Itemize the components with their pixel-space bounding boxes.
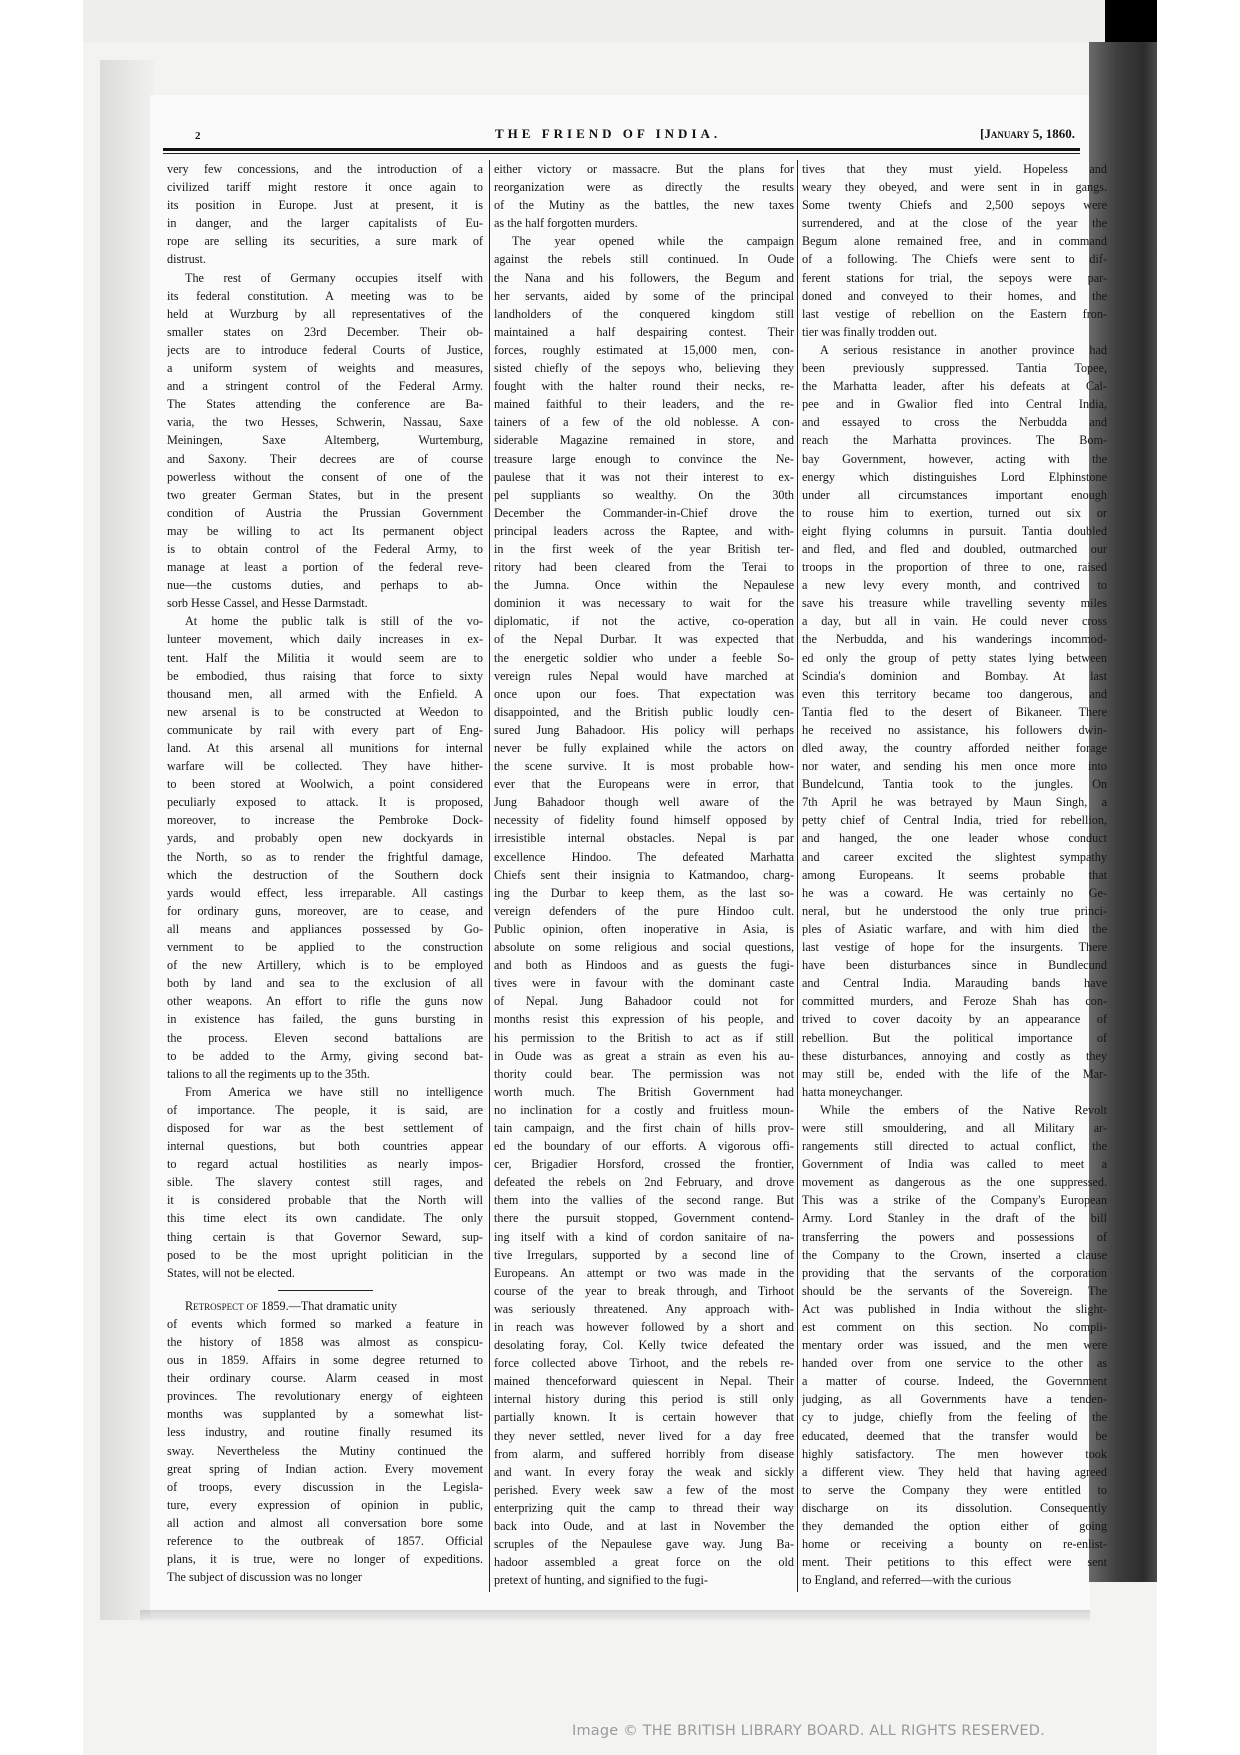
text-line: siderable Magazine remained in store, an… <box>494 431 794 449</box>
text-line: maintained a half despairing contest. Th… <box>494 323 794 341</box>
text-line: to England, and referred—with the curiou… <box>802 1571 1107 1589</box>
text-line: even this territory became too dangerous… <box>802 685 1107 703</box>
text-line: the Nana and his followers, the Begum an… <box>494 269 794 287</box>
text-line: dled away, the country afforded neither … <box>802 739 1107 757</box>
text-line: never be fully explained while the actor… <box>494 739 794 757</box>
text-line: ferent stations for trial, the sepoys we… <box>802 269 1107 287</box>
text-line: ed only the group of petty states lying … <box>802 649 1107 667</box>
retrospect-first-line: Retrospect of 1859.—That dramatic unity <box>167 1297 483 1315</box>
text-line: moreover, to increase the Pembroke Dock- <box>167 811 483 829</box>
text-line: Meiningen, Saxe Altemberg, Wurtemburg, <box>167 431 483 449</box>
text-line: highly satisfactory. The men however too… <box>802 1445 1107 1463</box>
text-line: he received no assistance, his followers… <box>802 721 1107 739</box>
text-line: and hanged, the one leader whose conduct <box>802 829 1107 847</box>
text-line: he was a coward. He was certainly no Ge- <box>802 884 1107 902</box>
text-line: movement as dangerous as the one suppres… <box>802 1173 1107 1191</box>
text-line: treasure large enough to convince the Ne… <box>494 450 794 468</box>
text-line: the Marhatta leader, after his defeats a… <box>802 377 1107 395</box>
text-line: a matter of course. Indeed, the Governme… <box>802 1372 1107 1390</box>
text-line: the Company to the Crown, inserted a cla… <box>802 1246 1107 1264</box>
text-line: reorganization were as directly the resu… <box>494 178 794 196</box>
text-line: ples of Asiatic warfare, and with him di… <box>802 920 1107 938</box>
text-line: lunteer movement, which daily increases … <box>167 630 483 648</box>
text-line: and Central India. Marauding bands have <box>802 974 1107 992</box>
text-line: At home the public talk is still of the … <box>167 612 483 630</box>
text-line: tier was finally trodden out. <box>802 323 1107 341</box>
text-line: While the embers of the Native Revolt <box>802 1101 1107 1119</box>
text-line: The States attending the conference are … <box>167 395 483 413</box>
text-line: other weapons. An effort to rifle the gu… <box>167 992 483 1010</box>
text-line: forces, roughly estimated at 15,000 men,… <box>494 341 794 359</box>
text-line: of importance. The people, it is said, a… <box>167 1101 483 1119</box>
text-line: manage at least a portion of the federal… <box>167 558 483 576</box>
text-line: ing itself with a kind of cordon sanitai… <box>494 1228 794 1246</box>
text-line: under all circumstances important enough <box>802 486 1107 504</box>
text-line: yards would effect, less irreparable. Al… <box>167 884 483 902</box>
text-line: scruples of the Nepaulese gave way. Jung… <box>494 1535 794 1553</box>
text-line: it is considered probable that the North… <box>167 1191 483 1209</box>
scan-top-margin <box>83 0 1105 42</box>
text-line: A serious resistance in another province… <box>802 341 1107 359</box>
text-line: to serve the Company they were entitled … <box>802 1481 1107 1499</box>
text-line: their ordinary course. Alarm ceased in m… <box>167 1369 483 1387</box>
text-line: home or receiving a bounty on re-enlist- <box>802 1535 1107 1553</box>
text-line: diplomatic, if not the active, co-operat… <box>494 612 794 630</box>
text-line: months resist this expression of his peo… <box>494 1010 794 1028</box>
text-line: trived to cover dacoity by an appearance… <box>802 1010 1107 1028</box>
section-separator <box>278 1290 373 1291</box>
text-line: internal questions, but both countries a… <box>167 1137 483 1155</box>
text-line: these disturbances, annoying and costly … <box>802 1047 1107 1065</box>
text-line: months was supplanted by a somewhat list… <box>167 1405 483 1423</box>
text-line: tain campaign, and the first chain of hi… <box>494 1119 794 1137</box>
text-line: warfare will be collected. They have hit… <box>167 757 483 775</box>
text-line: and want. In every foray the weak and si… <box>494 1463 794 1481</box>
text-line: Act was published in India without the s… <box>802 1300 1107 1318</box>
text-line: land. At this arsenal all munitions for … <box>167 739 483 757</box>
text-line: in existence has failed, the guns bursti… <box>167 1010 483 1028</box>
text-line: varia, the two Hesses, Schwerin, Nassau,… <box>167 413 483 431</box>
text-line: there the pursuit stopped, Government co… <box>494 1209 794 1227</box>
text-line: excellence Hindoo. The defeated Marhatta <box>494 848 794 866</box>
text-line: vereign defenders of the pure Hindoo cul… <box>494 902 794 920</box>
text-line: sorb Hesse Cassel, and Hesse Darmstadt. <box>167 594 483 612</box>
text-line: reference to the outbreak of 1857. Offic… <box>167 1532 483 1550</box>
text-line: ment. Their petitions to this effect wer… <box>802 1553 1107 1571</box>
text-line: rebellion. But the political importance … <box>802 1029 1107 1047</box>
text-line: force collected above Tirhoot, and the r… <box>494 1354 794 1372</box>
text-line: been previously suppressed. Tantia Topee… <box>802 359 1107 377</box>
text-line: ous in 1859. Affairs in some degree retu… <box>167 1351 483 1369</box>
page-bottom-stain <box>140 1610 1090 1622</box>
text-line: absolute on some religious and social qu… <box>494 938 794 956</box>
text-line: two greater German States, but in the pr… <box>167 486 483 504</box>
text-line: cer, Brigadier Horsford, crossed the fro… <box>494 1155 794 1173</box>
text-line: transferring the powers and possessions … <box>802 1228 1107 1246</box>
text-line: and Saxony. Their decrees are of course <box>167 450 483 468</box>
text-line: them into the vallies of the second rang… <box>494 1191 794 1209</box>
text-line: the scene survive. It is most probable h… <box>494 757 794 775</box>
text-line: Tantia fled to the desert of Bikaneer. T… <box>802 703 1107 721</box>
article-column-1: very few concessions, and the introducti… <box>167 160 483 1586</box>
text-line: as the half forgotten murders. <box>494 214 794 232</box>
text-line: pee and in Gwalior fled into Central Ind… <box>802 395 1107 413</box>
text-line: all action and almost all conversation b… <box>167 1514 483 1532</box>
text-line: mained faithful to their leaders, and th… <box>494 395 794 413</box>
text-line: either victory or massacre. But the plan… <box>494 160 794 178</box>
text-fragment: —That dramatic unity <box>289 1299 397 1313</box>
text-line: ever that the Europeans were in error, t… <box>494 775 794 793</box>
text-line: less industry, and routine finally resum… <box>167 1423 483 1441</box>
text-line: This was a strike of the Company's Europ… <box>802 1191 1107 1209</box>
text-line: reach the Marhatta provinces. The Bom- <box>802 431 1107 449</box>
text-line: should be the servants of the Sovereign.… <box>802 1282 1107 1300</box>
text-line: of the Mutiny as the battles, the new ta… <box>494 196 794 214</box>
text-line: may be willing to act Its permanent obje… <box>167 522 483 540</box>
text-line: distrust. <box>167 250 483 268</box>
text-line: in reach was however followed by a short… <box>494 1318 794 1336</box>
text-line: the Jumna. Once within the Nepaulese <box>494 576 794 594</box>
text-line: his permission to the British to act as … <box>494 1029 794 1047</box>
text-line: mentary order was issued, and the men we… <box>802 1336 1107 1354</box>
text-line: mained thenceforward quiescent in Nepal.… <box>494 1372 794 1390</box>
text-line: surrendered, and at the close of the yea… <box>802 214 1107 232</box>
text-line: its federal constitution. A meeting was … <box>167 287 483 305</box>
text-line: the process. Eleven second battalions ar… <box>167 1029 483 1047</box>
text-line: doned and conveyed to their homes, and t… <box>802 287 1107 305</box>
text-line: very few concessions, and the introducti… <box>167 160 483 178</box>
article-column-3: tives that they must yield. Hopeless and… <box>802 160 1107 1589</box>
text-line: handed over from one service to the othe… <box>802 1354 1107 1372</box>
text-line: is to obtain control of the Federal Army… <box>167 540 483 558</box>
text-line: sisted chiefly of the sepoys who, believ… <box>494 359 794 377</box>
text-line: new arsenal is to be constructed at Weed… <box>167 703 483 721</box>
text-line: were still smouldering, and all Military… <box>802 1119 1107 1137</box>
text-line: cy to judge, chiefly from the feeling of… <box>802 1408 1107 1426</box>
page-number: 2 <box>195 130 201 142</box>
text-line: est comment on this section. No compli- <box>802 1318 1107 1336</box>
text-line: From America we have still no intelligen… <box>167 1083 483 1101</box>
text-line: to been stored at Woolwich, a point cons… <box>167 775 483 793</box>
text-line: to be added to the Army, giving second b… <box>167 1047 483 1065</box>
text-line: weary they obeyed, and were sent in in g… <box>802 178 1107 196</box>
text-line: last vestige of hope for the insurgents.… <box>802 938 1107 956</box>
page-left-fold-shadow <box>100 60 155 1620</box>
text-line: of events which formed so marked a featu… <box>167 1315 483 1333</box>
text-line: Chiefs sent their insignia to Katmandoo,… <box>494 866 794 884</box>
text-line: communicate by rail with every part of E… <box>167 721 483 739</box>
text-line: States, will not be elected. <box>167 1264 483 1282</box>
text-line: necessity of fidelity found himself oppo… <box>494 811 794 829</box>
text-line: to regard actual hostilities as nearly i… <box>167 1155 483 1173</box>
text-line: the energetic soldier who under a feeble… <box>494 649 794 667</box>
text-line: both by land and sea to the exclusion of… <box>167 974 483 992</box>
text-line: thority could bear. The permission was n… <box>494 1065 794 1083</box>
text-line: a uniform system of weights and measures… <box>167 359 483 377</box>
text-line: December the Commander-in-Chief drove th… <box>494 504 794 522</box>
text-line: for ordinary guns, moreover, are to ceas… <box>167 902 483 920</box>
text-line: sured Jung Bahadoor. His policy will per… <box>494 721 794 739</box>
text-line: Bundelcund, Tantia took to the jungles. … <box>802 775 1107 793</box>
text-line: Europeans. An attempt or two was made in… <box>494 1264 794 1282</box>
text-line: ture, every expression of opinion in pub… <box>167 1496 483 1514</box>
text-line: great spring of Indian action. Every mov… <box>167 1460 483 1478</box>
text-line: plans, it is true, were no longer of exp… <box>167 1550 483 1568</box>
text-line: tives were in favour with the dominant c… <box>494 974 794 992</box>
text-line: be embodied, thus raising that force to … <box>167 667 483 685</box>
text-line: perished. Every week saw a few of the mo… <box>494 1481 794 1499</box>
text-line: Government of India was called to meet a <box>802 1155 1107 1173</box>
text-line: which the destruction of the Southern do… <box>167 866 483 884</box>
text-line: neral, but he understood the only true p… <box>802 902 1107 920</box>
text-line: last vestige of rebellion on the Eastern… <box>802 305 1107 323</box>
text-line: the Nerbudda, and his wanderings incommo… <box>802 630 1107 648</box>
text-line: tive Irregulars, supported by a second l… <box>494 1246 794 1264</box>
text-line: irresistible internal obstacles. Nepal i… <box>494 829 794 847</box>
text-line: eight flying columns in pursuit. Tantia … <box>802 522 1107 540</box>
text-line: all means and appliances possessed by Go… <box>167 920 483 938</box>
text-line: committed murders, and Feroze Shah has c… <box>802 992 1107 1010</box>
text-line: discharge on its dissolution. Consequent… <box>802 1499 1107 1517</box>
text-line: a different view. They held that having … <box>802 1463 1107 1481</box>
header-rule-thin <box>163 153 1080 154</box>
page-header: 2 THE FRIEND OF INDIA. [January 5, 1860. <box>165 126 1075 146</box>
text-line: Some twenty Chiefs and 2,500 sepoys were <box>802 196 1107 214</box>
text-line: this time elect its own candidate. The o… <box>167 1209 483 1227</box>
text-line: provinces. The revolutionary energy of e… <box>167 1387 483 1405</box>
text-line: Army. Lord Stanley in the draft of the b… <box>802 1209 1107 1227</box>
text-line: paulese that it was not their interest t… <box>494 468 794 486</box>
text-line: dominion it was necessary to wait for th… <box>494 594 794 612</box>
text-line: internal history during this period is s… <box>494 1390 794 1408</box>
text-line: fought with the halter round their necks… <box>494 377 794 395</box>
text-line: judging, as all Governments have a tende… <box>802 1390 1107 1408</box>
text-line: bay Government, however, acting with the <box>802 450 1107 468</box>
text-line: The year opened while the campaign <box>494 232 794 250</box>
text-line: desolating foray, Col. Kelly twice defea… <box>494 1336 794 1354</box>
text-line: posed to be the most upright politician … <box>167 1246 483 1264</box>
text-line: and career excited the slightest sympath… <box>802 848 1107 866</box>
text-line: in Oude was as great a strain as even hi… <box>494 1047 794 1065</box>
text-line: sway. Nevertheless the Mutiny continued … <box>167 1442 483 1460</box>
text-line: thing certain is that Governor Seward, s… <box>167 1228 483 1246</box>
text-line: the North, so as to render the frightful… <box>167 848 483 866</box>
text-line: tent. Half the Militia it would seem are… <box>167 649 483 667</box>
text-line: worth much. The British Government had <box>494 1083 794 1101</box>
text-line: ing the Durbar to keep them, as the last… <box>494 884 794 902</box>
text-line: back into Oude, and at last in November … <box>494 1517 794 1535</box>
text-line: tainers of a few of the old noblesse. A … <box>494 413 794 431</box>
text-line: ed the boundary of our efforts. A vigoro… <box>494 1137 794 1155</box>
text-line: nue—the customs duties, and perhaps to a… <box>167 576 483 594</box>
text-line: its position in Europe. Just at present,… <box>167 196 483 214</box>
text-line: may still be, ended with the life of the… <box>802 1065 1107 1083</box>
text-line: disposed for war as the best settlement … <box>167 1119 483 1137</box>
text-line: energy which distinguishes Lord Elphinst… <box>802 468 1107 486</box>
text-line: Jung Bahadoor though well aware of the <box>494 793 794 811</box>
text-line: once upon our foes. That expectation was <box>494 685 794 703</box>
text-line: powerless without the consent of one of … <box>167 468 483 486</box>
text-line: hatta moneychanger. <box>802 1083 1107 1101</box>
masthead-title: THE FRIEND OF INDIA. <box>495 126 721 142</box>
text-line: save his treasure while travelling seven… <box>802 594 1107 612</box>
text-line: in the first week of the year British te… <box>494 540 794 558</box>
text-line: a new levy every month, and contrived to <box>802 576 1107 594</box>
text-line: course of the year to break through, and… <box>494 1282 794 1300</box>
text-line: disappointed, and the British public lou… <box>494 703 794 721</box>
text-line: against the rebels still continued. In O… <box>494 250 794 268</box>
text-line: nor water, and sending his men once more… <box>802 757 1107 775</box>
text-line: condition of Austria the Prussian Govern… <box>167 504 483 522</box>
text-line: civilized tariff might restore it once a… <box>167 178 483 196</box>
article-column-2: either victory or massacre. But the plan… <box>494 160 794 1589</box>
text-line: was seriously threatened. Any approach w… <box>494 1300 794 1318</box>
text-line: they demanded the option either of going <box>802 1517 1107 1535</box>
text-line: partially known. It is certain however t… <box>494 1408 794 1426</box>
text-line: to rouse him to exertion, turned out six… <box>802 504 1107 522</box>
text-line: they never settled, never lived for a da… <box>494 1427 794 1445</box>
text-line: troops in the proportion of three to one… <box>802 558 1107 576</box>
text-line: 7th April he was betrayed by Maun Singh,… <box>802 793 1107 811</box>
text-line: pretext of hunting, and signified to the… <box>494 1571 794 1589</box>
text-line: educated, deemed that the transfer would… <box>802 1427 1107 1445</box>
column-divider-2 <box>797 160 798 1592</box>
text-line: and essayed to cross the Nerbudda and <box>802 413 1107 431</box>
text-line: of a following. The Chiefs were sent to … <box>802 250 1107 268</box>
text-line: defeated the rebels on 2nd February, and… <box>494 1173 794 1191</box>
text-line: of the Nepal Durbar. It was expected tha… <box>494 630 794 648</box>
text-line: have been disturbances since in Bundlecu… <box>802 956 1107 974</box>
text-line: tives that they must yield. Hopeless and <box>802 160 1107 178</box>
text-line: ritory had been cleared from the Terai t… <box>494 558 794 576</box>
text-line: The subject of discussion was no longer <box>167 1568 483 1586</box>
text-line: and both as Hindoos and as guests the fu… <box>494 956 794 974</box>
text-line: hadoor assembled a great force on the ol… <box>494 1553 794 1571</box>
text-line: peculiarly exposed to attack. It is prop… <box>167 793 483 811</box>
text-line: among Europeans. It seems probable that <box>802 866 1107 884</box>
text-line: of troops, every discussion in the Legis… <box>167 1478 483 1496</box>
issue-date: [January 5, 1860. <box>980 126 1075 142</box>
retrospect-heading: Retrospect of 1859. <box>185 1299 289 1313</box>
text-line: no inclination for a costly and fruitles… <box>494 1101 794 1119</box>
text-line: a day, but all in vain. He could never c… <box>802 612 1107 630</box>
text-line: Begum alone remained free, and in comman… <box>802 232 1107 250</box>
text-line: in danger, and the larger capitalists of… <box>167 214 483 232</box>
text-line: yards, and probably open new dockyards i… <box>167 829 483 847</box>
text-line: landholders of the conquered kingdom sti… <box>494 305 794 323</box>
text-line: the history of 1858 was almost as conspi… <box>167 1333 483 1351</box>
scan-corner-shadow <box>1105 0 1157 45</box>
text-line: pel suppliants so wealthy. On the 30th <box>494 486 794 504</box>
text-line: jects are to introduce federal Courts of… <box>167 341 483 359</box>
text-line: her servants, aided by some of the princ… <box>494 287 794 305</box>
header-rule-thick <box>163 148 1080 151</box>
text-line: principal leaders across the Raptee, and… <box>494 522 794 540</box>
text-line: sible. The slavery contest still rages, … <box>167 1173 483 1191</box>
text-line: talions to all the regiments up to the 3… <box>167 1065 483 1083</box>
column-divider-1 <box>489 160 490 1592</box>
text-line: petty chief of Central India, tried for … <box>802 811 1107 829</box>
text-line: rangements still directed to actual conf… <box>802 1137 1107 1155</box>
text-line: thousand men, all armed with the Enfield… <box>167 685 483 703</box>
text-line: held at Wurzburg by all representatives … <box>167 305 483 323</box>
text-line: of Nepal. Jung Bahadoor could not for <box>494 992 794 1010</box>
text-line: and a stringent control of the Federal A… <box>167 377 483 395</box>
copyright-watermark: Image © THE BRITISH LIBRARY BOARD. ALL R… <box>572 1723 1045 1739</box>
text-line: of the new Artillery, which is to be emp… <box>167 956 483 974</box>
text-line: rope are selling its securities, a sure … <box>167 232 483 250</box>
text-line: The rest of Germany occupies itself with <box>167 269 483 287</box>
text-line: from alarm, and suffered horribly from d… <box>494 1445 794 1463</box>
text-line: Scindia's dominion and Bombay. At last <box>802 667 1107 685</box>
text-line: enterprizing quit the camp to thread the… <box>494 1499 794 1517</box>
text-line: smaller states on 23rd December. Their o… <box>167 323 483 341</box>
text-line: providing that the servants of the corpo… <box>802 1264 1107 1282</box>
text-line: vernment to be applied to the constructi… <box>167 938 483 956</box>
text-line: and fled, and fled and doubled, outmarch… <box>802 540 1107 558</box>
text-line: vereign rules Nepal would have marched a… <box>494 667 794 685</box>
text-line: Public opinion, often inoperative in Asi… <box>494 920 794 938</box>
